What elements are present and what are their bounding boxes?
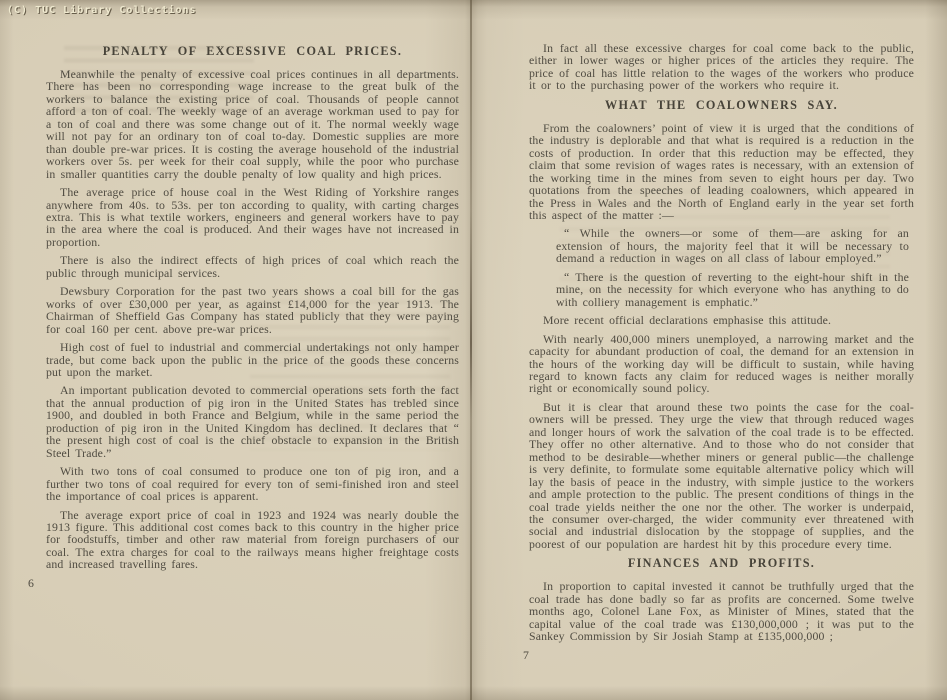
paragraph: In proportion to capital invested it can… bbox=[529, 580, 914, 642]
paragraph: An important publication devoted to comm… bbox=[46, 384, 459, 459]
page-number-left: 6 bbox=[14, 577, 427, 589]
paragraph: But it is clear that around these two po… bbox=[529, 401, 914, 550]
blockquote: “ While the owners—or some of them—are a… bbox=[529, 227, 914, 264]
paragraph: From the coalowners’ point of view it is… bbox=[529, 122, 914, 222]
paragraph: The average price of house coal in the W… bbox=[46, 186, 459, 248]
paragraph: There is also the indirect effects of hi… bbox=[46, 254, 459, 279]
page-number-right: 7 bbox=[509, 649, 894, 661]
paragraph: In fact all these excessive charges for … bbox=[529, 42, 914, 92]
left-page: PENALTY OF EXCESSIVE COAL PRICES. Meanwh… bbox=[46, 44, 459, 595]
paragraph: Dewsbury Corporation for the past two ye… bbox=[46, 285, 459, 335]
paragraph: With nearly 400,000 miners unemployed, a… bbox=[529, 333, 914, 395]
paragraph: High cost of fuel to industrial and comm… bbox=[46, 341, 459, 378]
library-watermark: (C) TUC Library Collections bbox=[7, 5, 197, 16]
coalowners-section-heading: WHAT THE COALOWNERS SAY. bbox=[529, 98, 914, 113]
right-page: In fact all these excessive charges for … bbox=[529, 42, 914, 667]
paragraph: The average export price of coal in 1923… bbox=[46, 509, 459, 571]
finances-section-heading: FINANCES AND PROFITS. bbox=[529, 556, 914, 571]
left-page-heading: PENALTY OF EXCESSIVE COAL PRICES. bbox=[46, 44, 459, 59]
paragraph: Meanwhile the penalty of excessive coal … bbox=[46, 68, 459, 180]
paragraph: With two tons of coal consumed to produc… bbox=[46, 465, 459, 502]
blockquote: “ There is the question of reverting to … bbox=[529, 271, 914, 308]
paragraph: More recent official declarations emphas… bbox=[529, 314, 914, 326]
page-fold-line bbox=[470, 0, 472, 700]
